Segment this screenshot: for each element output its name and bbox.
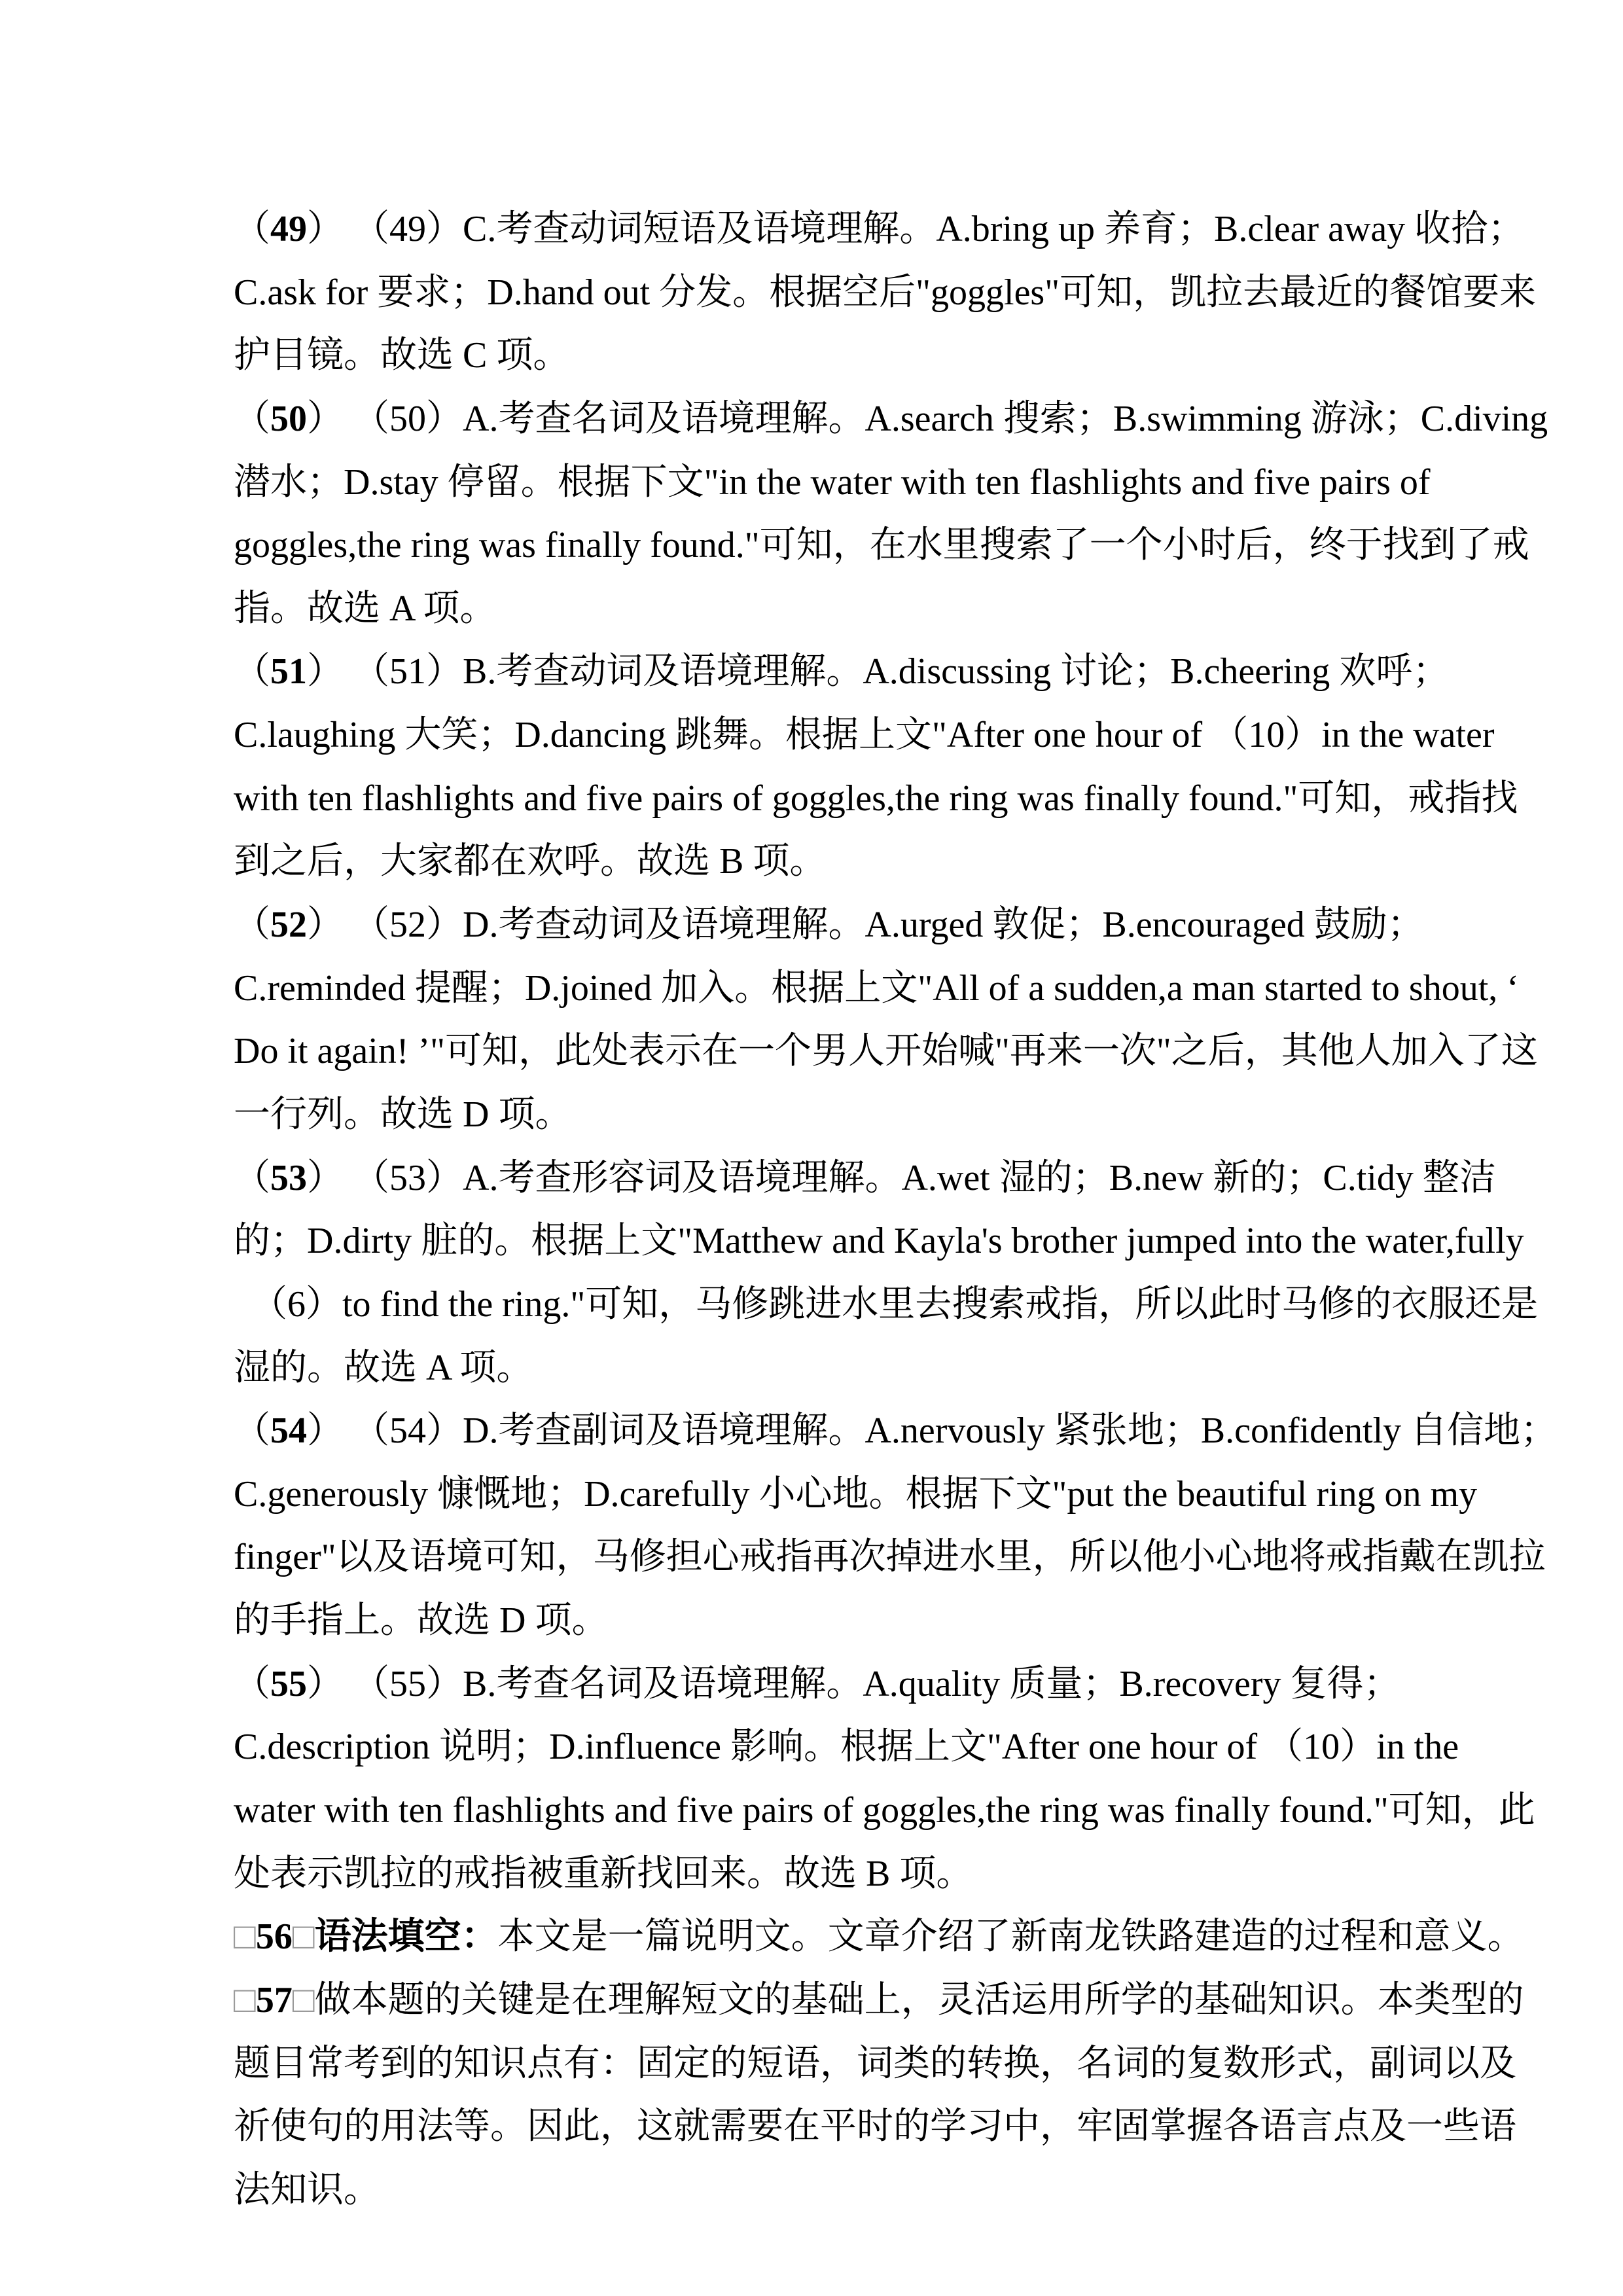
text-line-answer-53-4: 湿的。故选 A 项。 [234, 1336, 1412, 1400]
text-line-answer-53-2: 的；D.dirty 脏的。根据上文"Matthew and Kayla's br… [234, 1210, 1412, 1273]
text-line-answer-50-3: goggles,the ring was finally found."可知，在… [234, 514, 1412, 577]
text-segment: 57 [256, 1980, 293, 2020]
text-segment: 52 [270, 905, 307, 945]
text-segment: water with ten flashlights and five pair… [234, 1790, 1535, 1831]
text-line-answer-50-4: 指。故选 A 项。 [234, 577, 1412, 641]
text-segment: 56 [256, 1916, 293, 1957]
text-segment: 指。故选 A 项。 [234, 588, 496, 629]
missing-glyph-box: □ [234, 1980, 256, 2020]
text-segment: 做本题的关键是在理解短文的基础上，灵活运用所学的基础知识。本类型的 [315, 1980, 1524, 2020]
text-segment: 到之后，大家都在欢呼。故选 B 项。 [234, 841, 826, 882]
text-line-answer-55-3: water with ten flashlights and five pair… [234, 1779, 1412, 1842]
text-line-answer-51-1: （51） （51）B.考查动词及语境理解。A.discussing 讨论；B.c… [234, 640, 1412, 704]
text-line-answer-51-2: C.laughing 大笑；D.dancing 跳舞。根据上文"After on… [234, 704, 1412, 767]
text-line-answer-51-3: with ten flashlights and five pairs of g… [234, 767, 1412, 831]
text-segment: with ten flashlights and five pairs of g… [234, 778, 1518, 819]
text-line-answer-52-4: 一行列。故选 D 项。 [234, 1083, 1412, 1147]
text-segment: C.description 说明；D.influence 影响。根据上文"Aft… [234, 1727, 1459, 1767]
text-segment: （ [234, 1158, 270, 1198]
text-line-answer-57-2: 题目常考到的知识点有：固定的短语，词类的转换，名词的复数形式，副词以及 [234, 2032, 1412, 2096]
text-segment: 一行列。故选 D 项。 [234, 1094, 571, 1135]
text-line-answer-57-4: 法知识。 [234, 2159, 1412, 2222]
text-segment: ） （49）C.考查动词短语及语境理解。A.bring up 养育；B.clea… [307, 209, 1524, 249]
text-segment: 53 [270, 1158, 307, 1198]
text-segment: ） （52）D.考查动词及语境理解。A.urged 敦促；B.encourage… [307, 905, 1424, 945]
text-segment: C.laughing 大笑；D.dancing 跳舞。根据上文"After on… [234, 715, 1495, 755]
document-text-block: （49） （49）C.考查动词短语及语境理解。A.bring up 养育；B.c… [234, 198, 1412, 2222]
text-line-answer-55-2: C.description 说明；D.influence 影响。根据上文"Aft… [234, 1715, 1412, 1779]
text-segment: （ [234, 651, 270, 692]
text-line-answer-54-2: C.generously 慷慨地；D.carefully 小心地。根据下文"pu… [234, 1463, 1412, 1526]
text-segment: 本文是一篇说明文。文章介绍了新南龙铁路建造的过程和意义。 [498, 1916, 1524, 1957]
text-segment: 的手指上。故选 D 项。 [234, 1600, 608, 1641]
text-segment: ） （50）A.考查名词及语境理解。A.search 搜索；B.swimming… [307, 399, 1548, 439]
text-segment: （ [234, 905, 270, 945]
text-line-answer-53-1: （53） （53）A.考查形容词及语境理解。A.wet 湿的；B.new 新的；… [234, 1147, 1412, 1210]
text-segment: finger"以及语境可知，马修担心戒指再次掉进水里，所以他小心地将戒指戴在凯拉 [234, 1537, 1546, 1577]
text-line-answer-55-1: （55） （55）B.考查名词及语境理解。A.quality 质量；B.reco… [234, 1653, 1412, 1716]
text-segment: 湿的。故选 A 项。 [234, 1348, 533, 1388]
text-line-answer-54-4: 的手指上。故选 D 项。 [234, 1589, 1412, 1653]
text-segment: 的；D.dirty 脏的。根据上文"Matthew and Kayla's br… [234, 1221, 1524, 1261]
text-line-answer-55-4: 处表示凯拉的戒指被重新找回来。故选 B 项。 [234, 1842, 1412, 1906]
text-line-answer-53-3: （6）to find the ring."可知，马修跳进水里去搜索戒指，所以此时… [234, 1273, 1412, 1336]
text-segment: ） （55）B.考查名词及语境理解。A.quality 质量；B.recover… [307, 1664, 1400, 1704]
text-segment: 法知识。 [234, 2170, 380, 2210]
text-segment: goggles,the ring was finally found."可知，在… [234, 525, 1529, 565]
missing-glyph-box: □ [234, 1916, 256, 1957]
text-line-answer-49-1: （49） （49）C.考查动词短语及语境理解。A.bring up 养育；B.c… [234, 198, 1412, 261]
text-segment: （ [234, 399, 270, 439]
text-segment: 潜水；D.stay 停留。根据下文"in the water with ten … [234, 462, 1431, 503]
text-segment: 50 [270, 399, 307, 439]
document-page: （49） （49）C.考查动词短语及语境理解。A.bring up 养育；B.c… [0, 0, 1623, 2296]
text-line-answer-54-1: （54） （54）D.考查副词及语境理解。A.nervously 紧张地；B.c… [234, 1399, 1412, 1463]
missing-glyph-box: □ [293, 1916, 315, 1957]
text-segment: Do it again! ’"可知，此处表示在一个男人开始喊"再来一次"之后，其… [234, 1031, 1538, 1071]
text-line-answer-51-4: 到之后，大家都在欢呼。故选 B 项。 [234, 830, 1412, 893]
text-line-answer-56-1: □56□语法填空：本文是一篇说明文。文章介绍了新南龙铁路建造的过程和意义。 [234, 1905, 1412, 1969]
text-segment: 题目常考到的知识点有：固定的短语，词类的转换，名词的复数形式，副词以及 [234, 2043, 1516, 2084]
text-line-answer-52-3: Do it again! ’"可知，此处表示在一个男人开始喊"再来一次"之后，其… [234, 1020, 1412, 1083]
text-line-answer-52-1: （52） （52）D.考查动词及语境理解。A.urged 敦促；B.encour… [234, 893, 1412, 957]
text-segment: （ [234, 1410, 270, 1451]
text-line-answer-54-3: finger"以及语境可知，马修担心戒指再次掉进水里，所以他小心地将戒指戴在凯拉 [234, 1526, 1412, 1589]
missing-glyph-box: □ [293, 1980, 315, 2020]
text-segment: C.reminded 提醒；D.joined 加入。根据上文"All of a … [234, 968, 1519, 1009]
text-segment: ） （51）B.考查动词及语境理解。A.discussing 讨论；B.chee… [307, 651, 1449, 692]
text-line-answer-57-1: □57□做本题的关键是在理解短文的基础上，灵活运用所学的基础知识。本类型的 [234, 1969, 1412, 2032]
text-segment: （ [234, 209, 270, 249]
text-segment: （ [234, 1664, 270, 1704]
text-segment: 55 [270, 1664, 307, 1704]
text-line-answer-49-2: C.ask for 要求；D.hand out 分发。根据空后"goggles"… [234, 261, 1412, 325]
text-segment: C.generously 慷慨地；D.carefully 小心地。根据下文"pu… [234, 1474, 1477, 1515]
text-segment: ） （53）A.考查形容词及语境理解。A.wet 湿的；B.new 新的；C.t… [307, 1158, 1496, 1198]
text-segment: 语法填空： [315, 1916, 498, 1957]
text-segment: 护目镜。故选 C 项。 [234, 335, 569, 376]
text-line-answer-52-2: C.reminded 提醒；D.joined 加入。根据上文"All of a … [234, 957, 1412, 1020]
text-line-answer-57-3: 祈使句的用法等。因此，这就需要在平时的学习中，牢固掌握各语言点及一些语 [234, 2095, 1412, 2159]
text-segment: 祈使句的用法等。因此，这就需要在平时的学习中，牢固掌握各语言点及一些语 [234, 2106, 1516, 2147]
text-segment: C.ask for 要求；D.hand out 分发。根据空后"goggles"… [234, 272, 1536, 313]
text-segment: 51 [270, 651, 307, 692]
text-segment: 49 [270, 209, 307, 249]
text-segment: （6）to find the ring."可知，马修跳进水里去搜索戒指，所以此时… [251, 1284, 1538, 1325]
text-segment: ） （54）D.考查副词及语境理解。A.nervously 紧张地；B.conf… [307, 1410, 1557, 1451]
text-line-answer-49-3: 护目镜。故选 C 项。 [234, 324, 1412, 387]
text-line-answer-50-2: 潜水；D.stay 停留。根据下文"in the water with ten … [234, 451, 1412, 514]
text-segment: 处表示凯拉的戒指被重新找回来。故选 B 项。 [234, 1854, 972, 1894]
text-segment: 54 [270, 1410, 307, 1451]
text-line-answer-50-1: （50） （50）A.考查名词及语境理解。A.search 搜索；B.swimm… [234, 387, 1412, 451]
